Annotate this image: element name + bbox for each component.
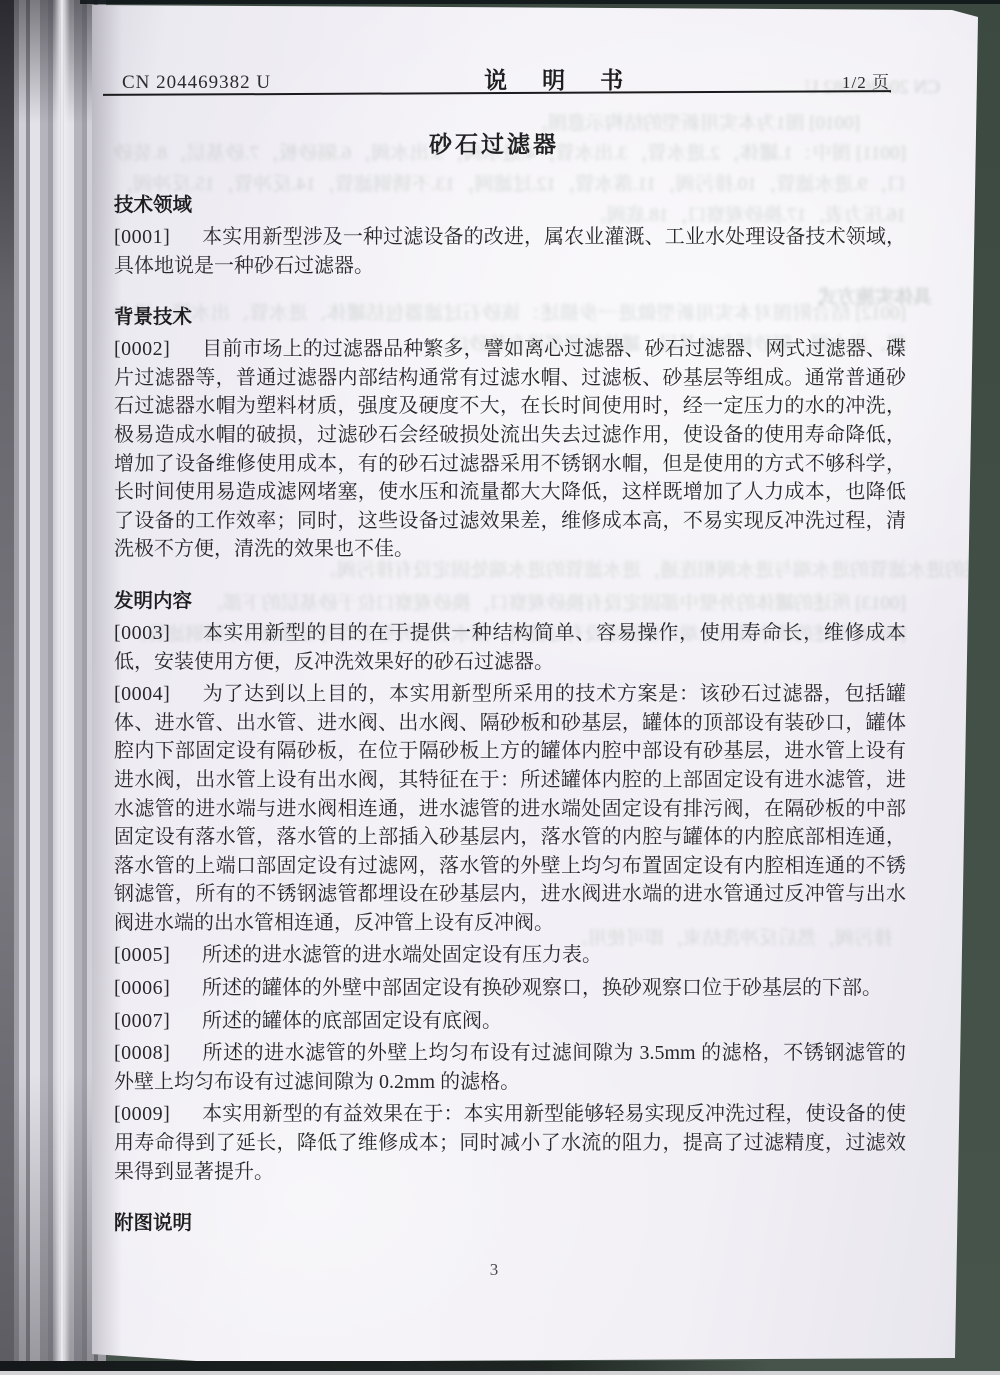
paper-sheet: CN 204469382 U [0010] 图1为本实用新型的结构示意图。 [0… [92, 2, 980, 1362]
document-type-title: 说 明 书 [484, 62, 629, 95]
section-heading-technical-field: 技术领域 [114, 192, 906, 217]
paragraph-0003: [0003]本实用新型的目的在于提供一种结构简单、容易操作，使用寿命长，维修成本… [114, 619, 906, 676]
paragraph-0007: [0007]所述的罐体的底部固定设有底阀。 [114, 1007, 906, 1036]
specification-body: 技术领域 [0001]本实用新型涉及一种过滤设备的改进，属农业灌溉、工业水处理设… [114, 192, 906, 1241]
paragraph-text: 本实用新型的目的在于提供一种结构简单、容易操作，使用寿命长，维修成本低，安装使用… [114, 622, 906, 673]
paragraph-number: [0005] [114, 941, 176, 970]
paragraph-number: [0003] [114, 619, 176, 648]
section-heading-background: 背景技术 [114, 304, 906, 329]
document-number: CN 204469382 U [122, 72, 271, 94]
title-container: 砂石过滤器 [114, 126, 874, 159]
paragraph-text: 本实用新型涉及一种过滤设备的改进，属农业灌溉、工业水处理设备技术领域，具体地说是… [114, 226, 906, 277]
paragraph-0008: [0008]所述的进水滤管的外壁上均匀布设有过滤间隙为 3.5mm 的滤格，不锈… [114, 1039, 906, 1096]
paragraph-0009: [0009]本实用新型的有益效果在于：本实用新型能够轻易实现反冲洗过程，使设备的… [114, 1100, 906, 1186]
paragraph-0005: [0005]所述的进水滤管的进水端处固定设有压力表。 [114, 941, 906, 970]
paragraph-0004: [0004]为了达到以上目的，本实用新型所采用的技术方案是：该砂石过滤器，包括罐… [114, 680, 906, 937]
patent-title: 砂石过滤器 [429, 126, 559, 159]
paragraph-0006: [0006]所述的罐体的外壁中部固定设有换砂观察口，换砂观察口位于砂基层的下部。 [114, 974, 906, 1003]
bottom-edge-shadow [0, 1361, 770, 1371]
paragraph-number: [0009] [114, 1100, 176, 1129]
paragraph-text: 为了达到以上目的，本实用新型所采用的技术方案是：该砂石过滤器，包括罐体、进水管、… [114, 683, 906, 934]
bottom-scan-strip [0, 1371, 1000, 1375]
page-edge-highlight [54, 0, 70, 1375]
section-heading-figures: 附图说明 [114, 1210, 906, 1235]
paragraph-text: 所述的进水滤管的进水端处固定设有压力表。 [202, 944, 602, 966]
paragraph-0001: [0001]本实用新型涉及一种过滤设备的改进，属农业灌溉、工业水处理设备技术领域… [114, 223, 906, 280]
paragraph-text: 所述的进水滤管的外壁上均匀布设有过滤间隙为 3.5mm 的滤格，不锈钢滤管的外壁… [114, 1042, 906, 1093]
paragraph-number: [0002] [114, 335, 176, 364]
paragraph-number: [0006] [114, 974, 176, 1003]
paragraph-text: 目前市场上的过滤器品种繁多，譬如离心过滤器、砂石过滤器、网式过滤器、碟片过滤器等… [114, 338, 906, 560]
paragraph-number: [0007] [114, 1007, 176, 1036]
paragraph-0002: [0002]目前市场上的过滤器品种繁多，譬如离心过滤器、砂石过滤器、网式过滤器、… [114, 335, 906, 564]
paragraph-text: 所述的罐体的外壁中部固定设有换砂观察口，换砂观察口位于砂基层的下部。 [202, 977, 882, 999]
paragraph-text: 所述的罐体的底部固定设有底阀。 [202, 1010, 502, 1032]
section-heading-summary: 发明内容 [114, 588, 906, 613]
paragraph-text: 本实用新型的有益效果在于：本实用新型能够轻易实现反冲洗过程，使设备的使用寿命得到… [114, 1103, 906, 1182]
top-edge-shadow [80, 0, 1000, 4]
book-spine [0, 0, 14, 1375]
paragraph-number: [0001] [114, 223, 176, 252]
paragraph-number: [0008] [114, 1039, 176, 1068]
paragraph-number: [0004] [114, 680, 176, 709]
page-number: 3 [114, 1260, 874, 1280]
scanned-patent-page: CN 204469382 U [0010] 图1为本实用新型的结构示意图。 [0… [0, 0, 1000, 1375]
